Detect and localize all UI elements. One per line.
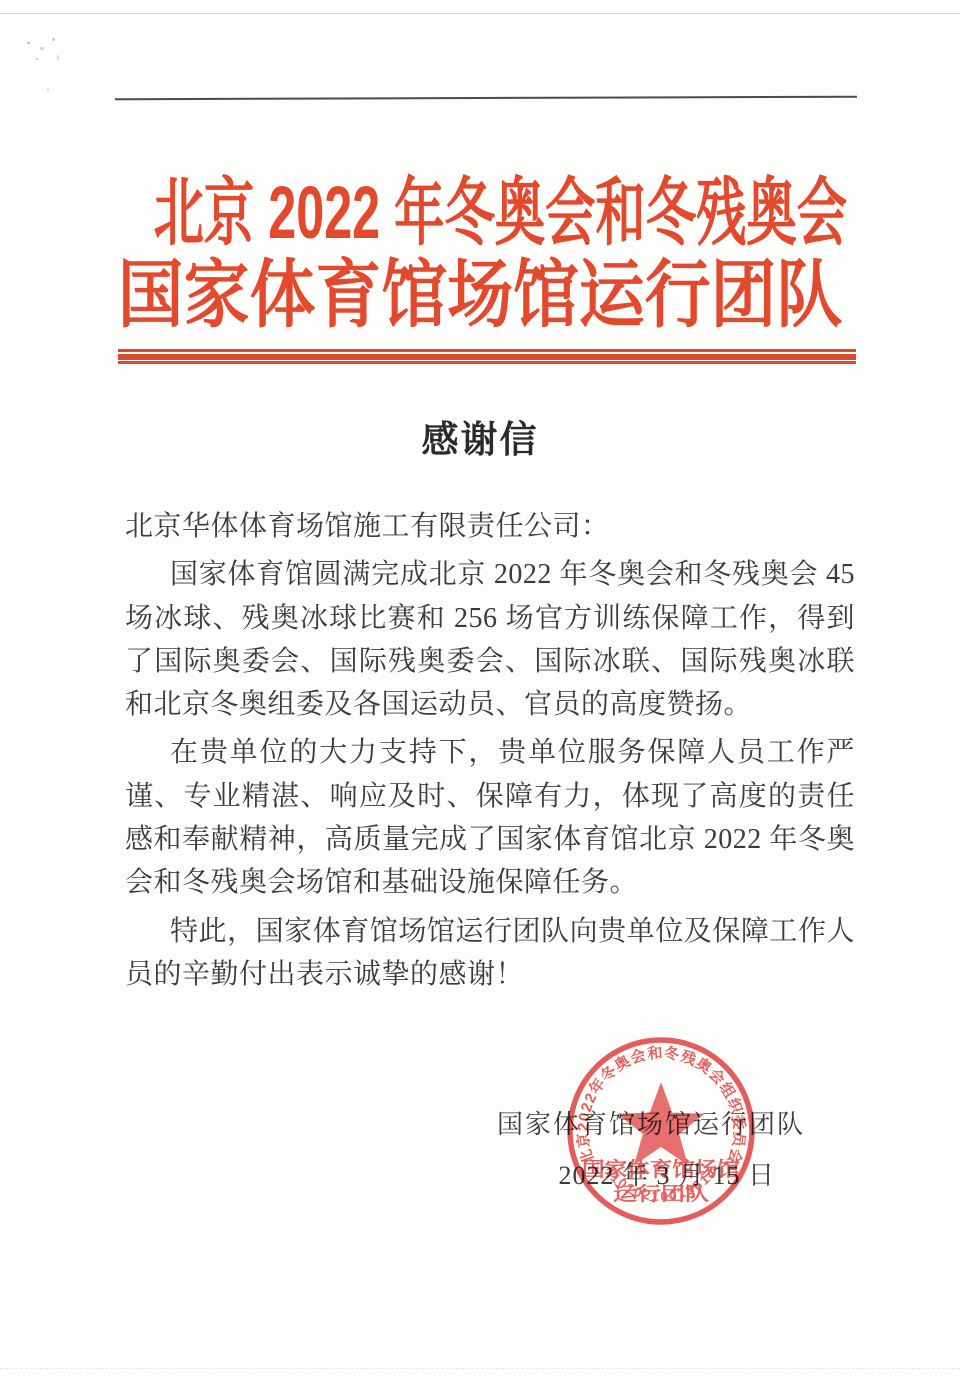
header-top-rule: [115, 96, 857, 101]
scan-speckle: [47, 88, 49, 91]
letter-body: 北京华体体育场馆施工有限责任公司： 国家体育馆圆满完成北京 2022 年冬奥会和…: [125, 505, 855, 996]
scan-speckle: [36, 58, 38, 60]
paragraph-1: 国家体育馆圆满完成北京 2022 年冬奥会和冬残奥会 45 场冰球、残奥冰球比赛…: [125, 553, 855, 726]
scan-speckle: [27, 42, 30, 44]
signature-name: 国家体育馆场馆运行团队: [497, 1104, 805, 1141]
scan-artifact-bottom-line: [0, 1368, 960, 1369]
paragraph-3: 特此，国家体育馆场馆运行团队向贵单位及保障工作人员的辛勤付出表示诚挚的感谢！: [125, 910, 855, 997]
letterhead-title-line2: 国家体育馆场馆运行团队: [53, 254, 907, 336]
letterhead-separator: [118, 349, 856, 364]
letterhead-title-line1: 北京 2022 年冬奥会和冬残奥会: [154, 172, 807, 254]
scan-artifact-top-line: [0, 13, 960, 14]
separator-thin-bottom: [118, 361, 856, 364]
scanned-letter-page: 北京 2022 年冬奥会和冬残奥会 国家体育馆场馆运行团队 感谢信 北京华体体育…: [0, 0, 960, 1387]
paragraph-2: 在贵单位的大力支持下，贵单位服务保障人员工作严谨、专业精湛、响应及时、保障有力，…: [125, 731, 855, 904]
scan-speckle: [40, 47, 44, 50]
signature-date: 2022 年 3 月 15 日: [558, 1155, 775, 1192]
scan-speckle: [52, 38, 55, 41]
scan-speckle: [57, 55, 59, 60]
letter-title: 感谢信: [0, 418, 960, 462]
letterhead-title: 北京 2022 年冬奥会和冬残奥会 国家体育馆场馆运行团队: [0, 172, 960, 336]
salutation: 北京华体体育场馆施工有限责任公司：: [125, 505, 855, 548]
